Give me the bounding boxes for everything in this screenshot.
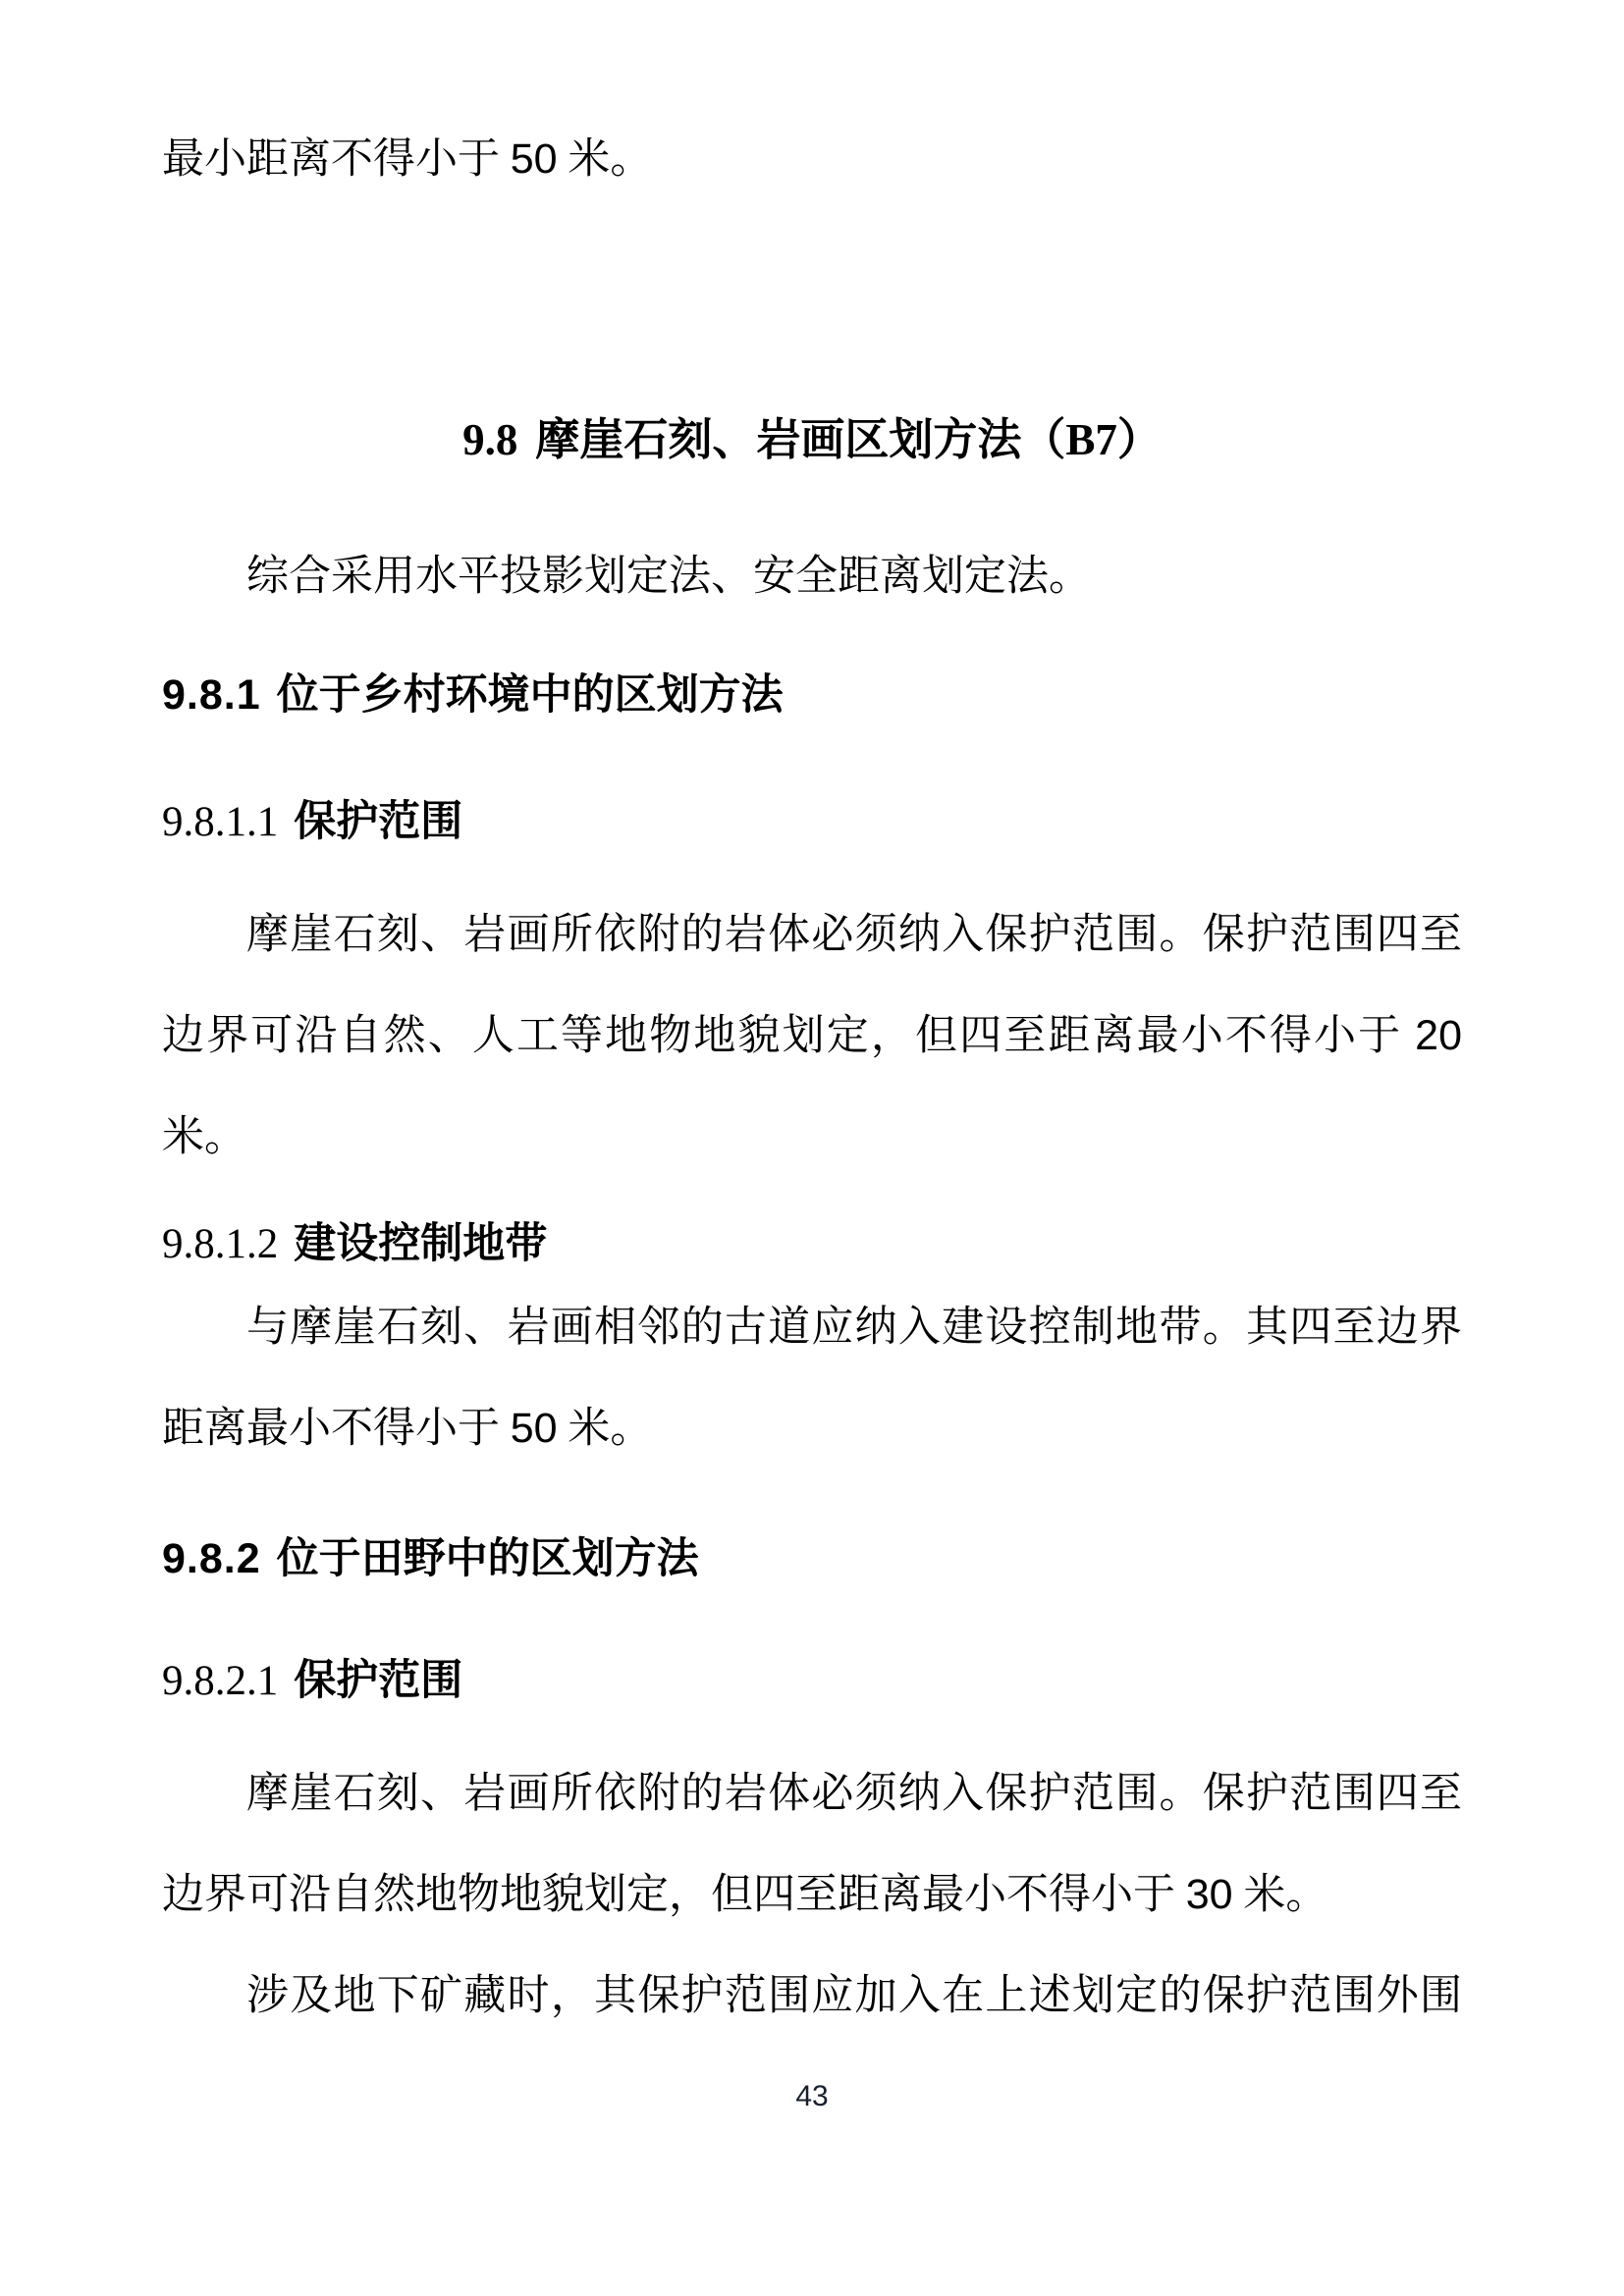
paragraph-underground-minerals: 涉及地下矿藏时，其保护范围应加入在上述划定的保护范围外围 bbox=[162, 1946, 1462, 2047]
heading-number: 9.8.1.2 bbox=[162, 1221, 278, 1267]
text-run: 米。 bbox=[1233, 1872, 1328, 1918]
document-page: 最小距离不得小于 50 米。 9.8摩崖石刻、岩画区划方法（B7） 综合采用水平… bbox=[0, 0, 1624, 2296]
heading-9-8-1: 9.8.1位于乡村环境中的区划方法 bbox=[162, 664, 1462, 726]
heading-number: 9.8.1.1 bbox=[162, 799, 278, 845]
text-run: 摩崖石刻、岩画所依附的岩体必须纳入保护范围。保护范围四至 bbox=[246, 1771, 1462, 1817]
continuation-paragraph: 最小距离不得小于 50 米。 bbox=[162, 130, 1462, 189]
text-run: 与摩崖石刻、岩画相邻的古道应纳入建设控制地带。其四至边界 bbox=[246, 1305, 1462, 1351]
text-run: 米。 bbox=[162, 1114, 246, 1160]
text-run: 米。 bbox=[558, 136, 653, 183]
heading-number: 9.8.1 bbox=[162, 671, 261, 719]
paragraph-line: 边界可沿自然地物地貌划定，但四至距离最小不得小于 30 米。 bbox=[162, 1844, 1462, 1946]
heading-9-8-1-2: 9.8.1.2建设控制地带 bbox=[162, 1215, 1462, 1274]
heading-title: 保护范围 bbox=[294, 799, 462, 845]
paragraph-line: 涉及地下矿藏时，其保护范围应加入在上述划定的保护范围外围 bbox=[162, 1946, 1462, 2047]
paragraph-line: 摩崖石刻、岩画所依附的岩体必须纳入保护范围。保护范围四至 bbox=[162, 884, 1462, 986]
heading-title: 位于乡村环境中的区划方法 bbox=[277, 671, 784, 719]
heading-number: 9.8 bbox=[462, 415, 517, 464]
text-run: 综合采用水平投影划定法、安全距离划定法。 bbox=[246, 554, 1091, 600]
heading-9-8-2: 9.8.2位于田野中的区划方法 bbox=[162, 1527, 1462, 1590]
heading-9-8-1-1: 9.8.1.1保护范围 bbox=[162, 793, 1462, 852]
text-run: 边界可沿自然、人工等地物地貌划定，但四至距离最小不得小于 bbox=[162, 1013, 1415, 1059]
text-run: 米。 bbox=[558, 1406, 653, 1452]
heading-number: 9.8.2 bbox=[162, 1535, 261, 1582]
text-run: 边界可沿自然地物地貌划定，但四至距离最小不得小于 bbox=[162, 1872, 1186, 1918]
heading-number: 9.8.2.1 bbox=[162, 1658, 278, 1704]
text-run: 摩崖石刻、岩画所依附的岩体必须纳入保护范围。保护范围四至 bbox=[246, 912, 1462, 958]
heading-title: 摩崖石刻、岩画区划方法（B7） bbox=[535, 415, 1162, 464]
heading-9-8-2-1: 9.8.2.1保护范围 bbox=[162, 1652, 1462, 1711]
heading-title: 位于田野中的区划方法 bbox=[277, 1535, 699, 1582]
paragraph-protection-range-rural: 摩崖石刻、岩画所依附的岩体必须纳入保护范围。保护范围四至 边界可沿自然、人工等地… bbox=[162, 884, 1462, 1188]
paragraph-line: 与摩崖石刻、岩画相邻的古道应纳入建设控制地带。其四至边界 bbox=[162, 1277, 1462, 1378]
page-number: 43 bbox=[162, 2077, 1462, 2116]
distance-number: 30 bbox=[1186, 1871, 1233, 1918]
heading-title: 建设控制地带 bbox=[294, 1221, 547, 1267]
paragraph-construction-control-rural: 与摩崖石刻、岩画相邻的古道应纳入建设控制地带。其四至边界 距离最小不得小于 50… bbox=[162, 1277, 1462, 1479]
intro-paragraph: 综合采用水平投影划定法、安全距离划定法。 bbox=[162, 526, 1462, 627]
heading-title: 保护范围 bbox=[294, 1658, 462, 1704]
text-run: 最小距离不得小于 bbox=[162, 136, 511, 183]
distance-number: 20 bbox=[1415, 1012, 1462, 1059]
distance-number: 50 bbox=[511, 1405, 558, 1452]
text-run: 涉及地下矿藏时，其保护范围应加入在上述划定的保护范围外围 bbox=[246, 1973, 1462, 2019]
paragraph-line: 摩崖石刻、岩画所依附的岩体必须纳入保护范围。保护范围四至 bbox=[162, 1743, 1462, 1844]
paragraph-protection-range-field: 摩崖石刻、岩画所依附的岩体必须纳入保护范围。保护范围四至 边界可沿自然地物地貌划… bbox=[162, 1743, 1462, 1946]
section-heading-9-8: 9.8摩崖石刻、岩画区划方法（B7） bbox=[162, 409, 1462, 470]
paragraph-line: 边界可沿自然、人工等地物地貌划定，但四至距离最小不得小于 20 bbox=[162, 986, 1462, 1087]
paragraph-line: 距离最小不得小于 50 米。 bbox=[162, 1378, 1462, 1479]
paragraph-line: 米。 bbox=[162, 1087, 1462, 1188]
distance-number: 50 bbox=[511, 135, 558, 183]
text-run: 距离最小不得小于 bbox=[162, 1406, 511, 1452]
